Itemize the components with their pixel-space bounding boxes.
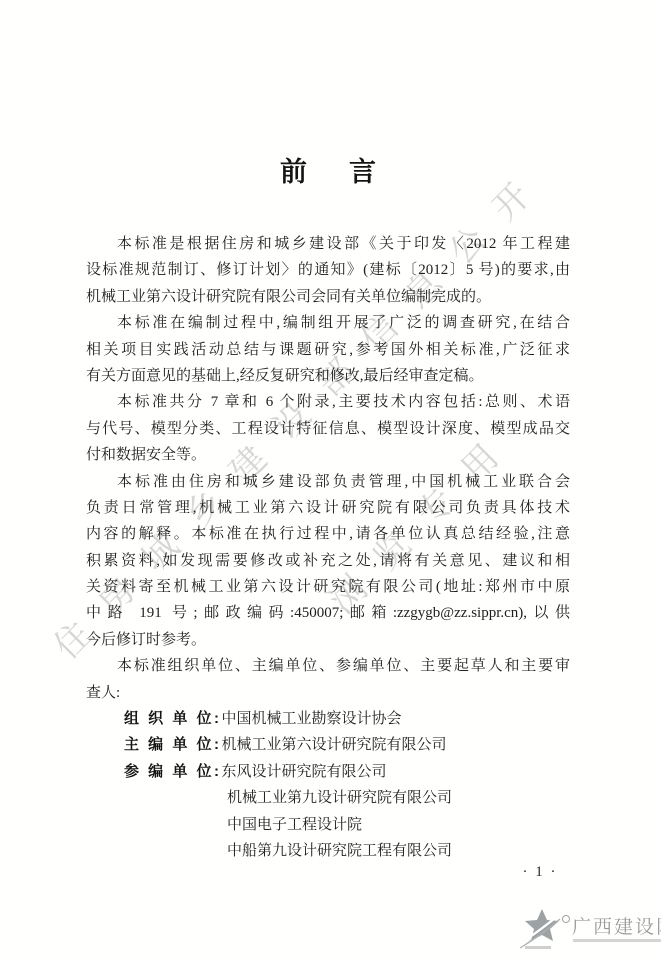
body-line: 内容的解释。本标准在执行过程中,请各单位认真总结经验,注意 — [86, 521, 570, 547]
site-logo-text: 广西建设网 — [572, 912, 661, 939]
unit-row: 中国电子工程设计院 — [86, 812, 570, 838]
body-line: 查人: — [86, 680, 570, 706]
site-logo-subtext — [573, 939, 661, 942]
unit-row: 中船第九设计研究院工程有限公司 — [86, 838, 570, 864]
unit-row: 主 编 单 位:机械工业第六设计研究院有限公司 — [86, 732, 570, 758]
registered-mark-icon — [562, 915, 570, 923]
unit-value: 机械工业第九设计研究院有限公司 — [227, 790, 452, 806]
body-line: 与代号、模型分类、工程设计特征信息、模型设计深度、模型成品交 — [86, 416, 570, 442]
body-line: 机械工业第六设计研究院有限公司会同有关单位编制完成的。 — [86, 284, 570, 310]
body-line: 本标准共分 7 章和 6 个附录,主要技术内容包括:总则、术语 — [86, 389, 570, 415]
document-page: 住房城乡建设部信息公开 浏览专用 前 言 本标准是根据住房和城乡建设部《关于印发… — [0, 0, 661, 958]
body-line: 本标准是根据住房和城乡建设部《关于印发〈2012 年工程建 — [86, 231, 570, 257]
page-title: 前 言 — [86, 150, 570, 189]
star-subtext — [525, 946, 551, 949]
page-title-char-2: 言 — [349, 150, 376, 189]
unit-label: 主 编 单 位: — [124, 736, 222, 753]
unit-value: 中国电子工程设计院 — [227, 817, 362, 833]
star-icon — [518, 908, 562, 950]
body-line: 有关方面意见的基础上,经反复研究和修改,最后经审查定稿。 — [86, 363, 570, 389]
body-line: 本标准组织单位、主编单位、参编单位、主要起草人和主要审 — [86, 653, 570, 679]
body-line: 付和数据安全等。 — [86, 442, 570, 468]
unit-row: 参 编 单 位:东风设计研究院有限公司 — [86, 759, 570, 785]
unit-list: 组 织 单 位:中国机械工业勘察设计协会主 编 单 位:机械工业第六设计研究院有… — [86, 706, 570, 864]
body-line: 关资料寄至机械工业第六设计研究院有限公司(地址:郑州市中原 — [86, 574, 570, 600]
unit-value: 机械工业第六设计研究院有限公司 — [222, 737, 447, 753]
body-line: 今后修订时参考。 — [86, 627, 570, 653]
body-lines: 本标准是根据住房和城乡建设部《关于印发〈2012 年工程建设标准规范制订、修订计… — [86, 231, 570, 706]
body-text: 本标准是根据住房和城乡建设部《关于印发〈2012 年工程建设标准规范制订、修订计… — [86, 231, 570, 864]
unit-row: 组 织 单 位:中国机械工业勘察设计协会 — [86, 706, 570, 732]
unit-row: 机械工业第九设计研究院有限公司 — [86, 785, 570, 811]
body-line: 相关项目实践活动总结与课题研究,参考国外相关标准,广泛征求 — [86, 337, 570, 363]
unit-value: 中国机械工业勘察设计协会 — [222, 711, 402, 727]
unit-label: 组 织 单 位: — [124, 710, 222, 727]
body-line: 本标准由住房和城乡建设部负责管理,中国机械工业联合会 — [86, 469, 570, 495]
unit-value: 东风设计研究院有限公司 — [222, 764, 387, 780]
unit-label: 参 编 单 位: — [124, 763, 222, 780]
page-title-char-1: 前 — [280, 150, 307, 189]
site-logo: 广西建设网 — [518, 908, 660, 956]
unit-value: 中船第九设计研究院工程有限公司 — [227, 843, 452, 859]
body-line: 设标准规范制订、修订计划〉的通知》(建标〔2012〕5 号)的要求,由 — [86, 257, 570, 283]
body-line: 负责日常管理,机械工业第六设计研究院有限公司负责具体技术 — [86, 495, 570, 521]
body-line: 中路 191 号;邮政编码:450007;邮箱:zzgygb@zz.sippr.… — [86, 600, 570, 626]
body-line: 积累资料,如发现需要修改或补充之处,请将有关意见、建议和相 — [86, 548, 570, 574]
body-line: 本标准在编制过程中,编制组开展了广泛的调查研究,在结合 — [86, 310, 570, 336]
page-number: · 1 · — [505, 864, 575, 881]
